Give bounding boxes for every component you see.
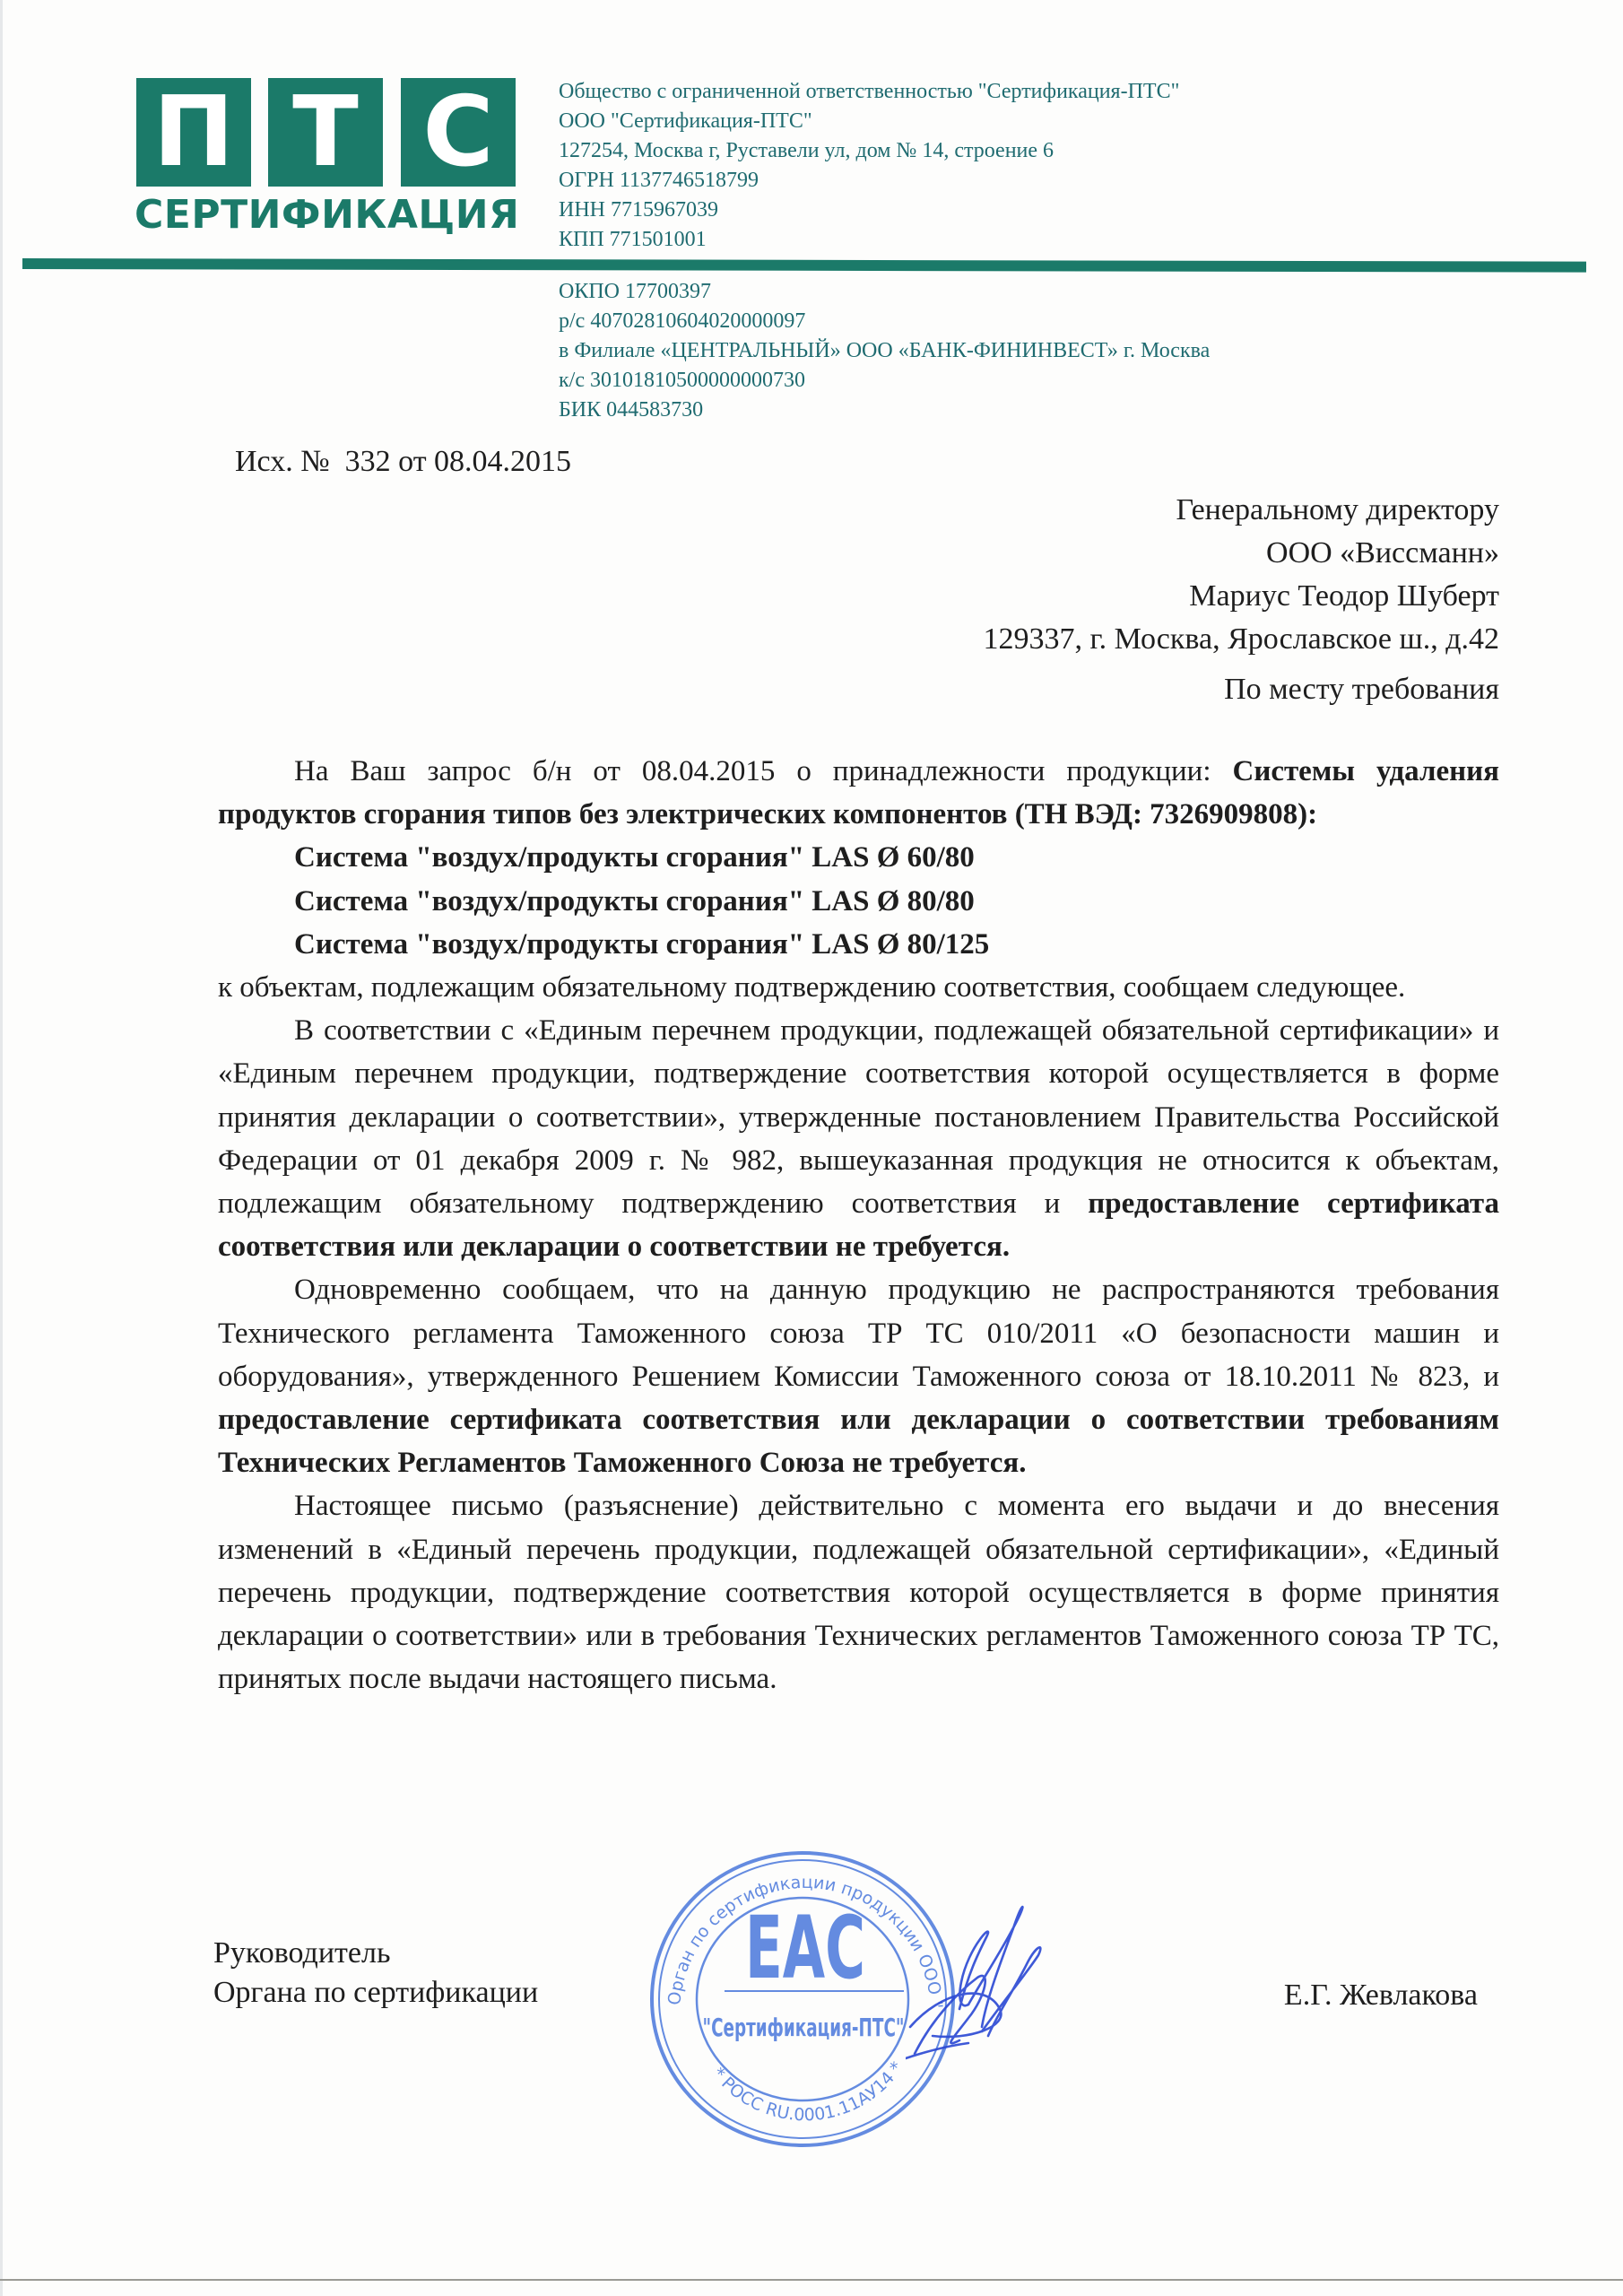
request-lead: На Ваш запрос б/н от 08.04.2015 о принад… [294, 755, 1232, 787]
bank-name: в Филиале «ЦЕНТРАЛЬНЫЙ» ООО «БАНК-ФИНИНВ… [559, 336, 1210, 366]
org-kpp: КПП 771501001 [559, 225, 1179, 255]
header-divider [22, 258, 1586, 273]
paragraph-validity: Настоящее письмо (разъяснение) действите… [218, 1484, 1499, 1700]
org-inn: ИНН 7715967039 [559, 196, 1179, 225]
bank-corr-account: к/с 30101810500000000730 [559, 366, 1210, 396]
product-item: Система "воздух/продукты сгорания" LAS Ø… [218, 836, 1499, 879]
stamp-org-name: "Сертификация-ПТС" [703, 2013, 905, 2042]
org-ogrn: ОГРН 1137746518799 [559, 166, 1179, 196]
addressee-address: 129337, г. Москва, Ярославское ш., д.42 [983, 618, 1499, 661]
org-address: 127254, Москва г, Руставели ул, дом № 14… [559, 136, 1179, 166]
tr-ts-text: Одновременно сообщаем, что на данную про… [218, 1274, 1499, 1392]
paragraph-request-tail: к объектам, подлежащим обязательному под… [218, 966, 1499, 1009]
org-short-name: ООО "Сертификация-ПТС" [559, 107, 1179, 136]
product-item: Система "воздух/продукты сгорания" LAS Ø… [218, 923, 1499, 966]
logo-letter: Т [268, 78, 383, 187]
signature-icon [906, 1883, 1112, 2072]
svg-text:* РОСС RU.0001.11АУ14 *: * РОСС RU.0001.11АУ14 * [708, 2058, 907, 2126]
signatory-title: Руководитель Органа по сертификации [213, 1934, 538, 2013]
addressee-company: ООО «Виссманн» [983, 532, 1499, 575]
bank-details: ОКПО 17700397 р/с 40702810604020000097 в… [559, 277, 1210, 425]
destination-note: По месту требования [1224, 673, 1499, 707]
logo-square-3: С [401, 78, 516, 187]
addressee-name: Мариус Теодор Шуберт [983, 575, 1499, 618]
product-item: Система "воздух/продукты сгорания" LAS Ø… [218, 880, 1499, 923]
bank-account: р/с 40702810604020000097 [559, 307, 1210, 336]
stamp-registration: * РОСС RU.0001.11АУ14 * [708, 2058, 907, 2126]
signatory-title-line: Органа по сертификации [213, 1973, 538, 2013]
logo-wordmark: СЕРТИФИКАЦИЯ [135, 192, 518, 239]
tr-ts-conclusion: предоставление сертификата соответствия … [218, 1404, 1499, 1479]
paragraph-request: На Ваш запрос б/н от 08.04.2015 о принад… [218, 750, 1499, 836]
logo-square-2: Т [268, 78, 383, 187]
logo-square-1: П [136, 78, 251, 187]
outgoing-reference: Исх. № 332 от 08.04.2015 [235, 445, 571, 479]
letter-body: На Ваш запрос б/н от 08.04.2015 о принад… [218, 750, 1499, 1700]
addressee-block: Генеральному директору ООО «Виссманн» Ма… [983, 489, 1499, 661]
scan-edge-left [0, 0, 3, 2296]
logo-letter: П [136, 78, 251, 187]
addressee-position: Генеральному директору [983, 489, 1499, 532]
org-full-name: Общество с ограниченной ответственностью… [559, 77, 1179, 107]
scan-edge-bottom [0, 2279, 1623, 2281]
bank-bik: БИК 044583730 [559, 396, 1210, 425]
signatory-title-line: Руководитель [213, 1934, 538, 1973]
bank-okpo: ОКПО 17700397 [559, 277, 1210, 307]
signatory-name: Е.Г. Жевлакова [1284, 1979, 1478, 2013]
paragraph-certification: В соответствии с «Единым перечнем продук… [218, 1009, 1499, 1268]
org-details: Общество с ограниченной ответственностью… [559, 77, 1179, 255]
paragraph-tr-ts: Одновременно сообщаем, что на данную про… [218, 1268, 1499, 1484]
stamp-eac-mark: ЕАС [745, 1898, 865, 1998]
logo-letter: С [401, 78, 516, 187]
